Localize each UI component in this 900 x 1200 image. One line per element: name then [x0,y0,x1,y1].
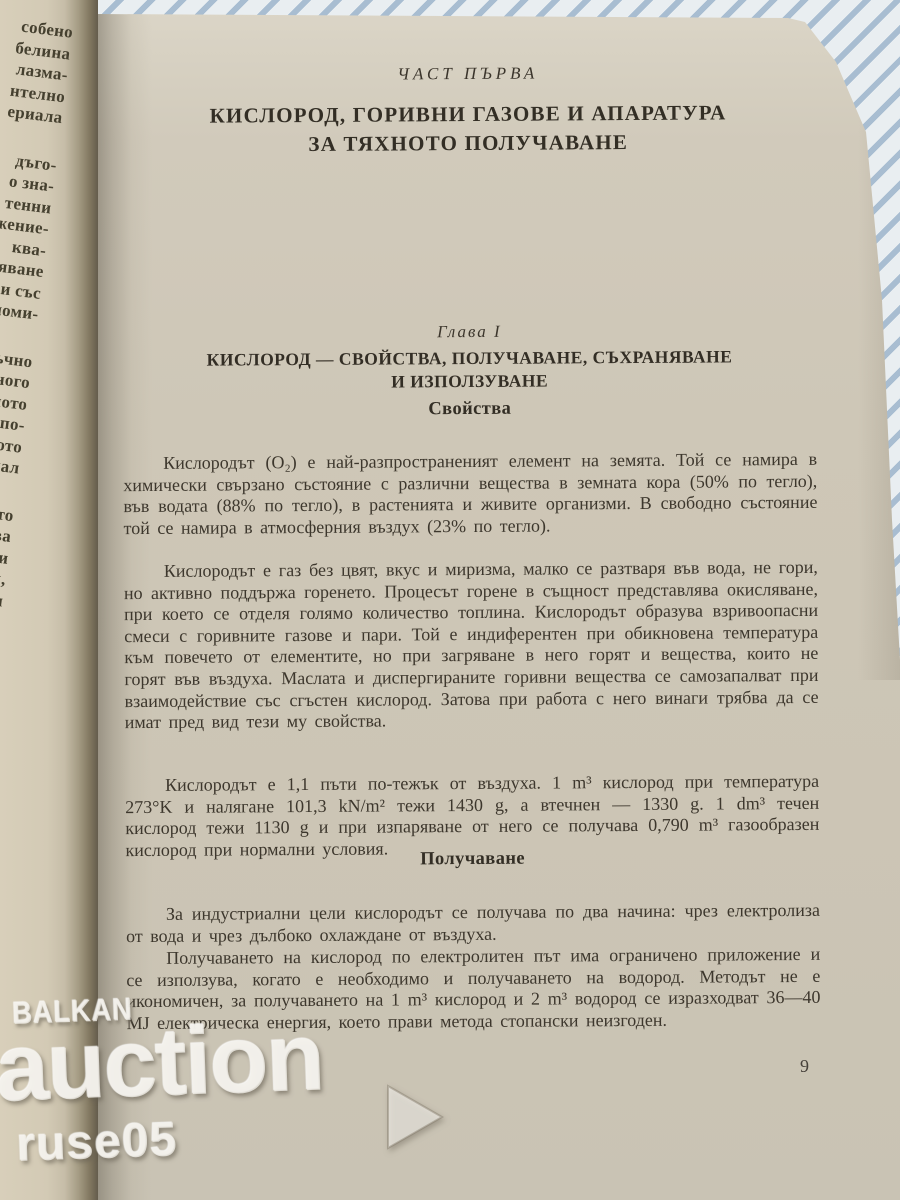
facing-page-text-fragments: собенобелиналазма-нтелноериаладъго-о зна… [0,15,74,834]
section-heading-properties: Свойства [123,397,817,422]
play-triangle-icon [384,1084,446,1150]
section-heading-production: Получаване [126,847,820,872]
part-title-line1: КИСЛОРОД, ГОРИВНИ ГАЗОВЕ И АПАРАТУРА [121,98,815,131]
part-label: ЧАСТ ПЪРВА [121,62,815,86]
chapter-label: Глава I [122,320,816,344]
part-title-line2: ЗА ТЯХНОТО ПОЛУЧАВАНЕ [121,127,815,160]
book-page-photo: ЧАСТ ПЪРВА КИСЛОРОД, ГОРИВНИ ГАЗОВЕ И АП… [0,0,900,1200]
paragraph: Кислородът е газ без цвят, вкус и миризм… [124,557,819,734]
part-title: КИСЛОРОД, ГОРИВНИ ГАЗОВЕ И АПАРАТУРА ЗА … [121,98,815,160]
chapter-title-line1: КИСЛОРОД — СВОЙСТВА, ПОЛУЧАВАНЕ, СЪХРАНЯ… [122,345,816,372]
paragraph: За индустриални цели кислородът се получ… [126,900,820,947]
paragraph: Кислородът (O₂) е най-разпространеният е… [123,449,818,540]
watermark-brand-main: auction [0,1003,325,1124]
chapter-title: КИСЛОРОД — СВОЙСТВА, ПОЛУЧАВАНЕ, СЪХРАНЯ… [122,345,816,394]
watermark-username: ruse05 [16,1112,179,1173]
page-number: 9 [800,1056,809,1077]
chapter-title-line2: И ИЗПОЛЗУВАНЕ [123,367,817,394]
page-edge-shadow [840,0,900,680]
